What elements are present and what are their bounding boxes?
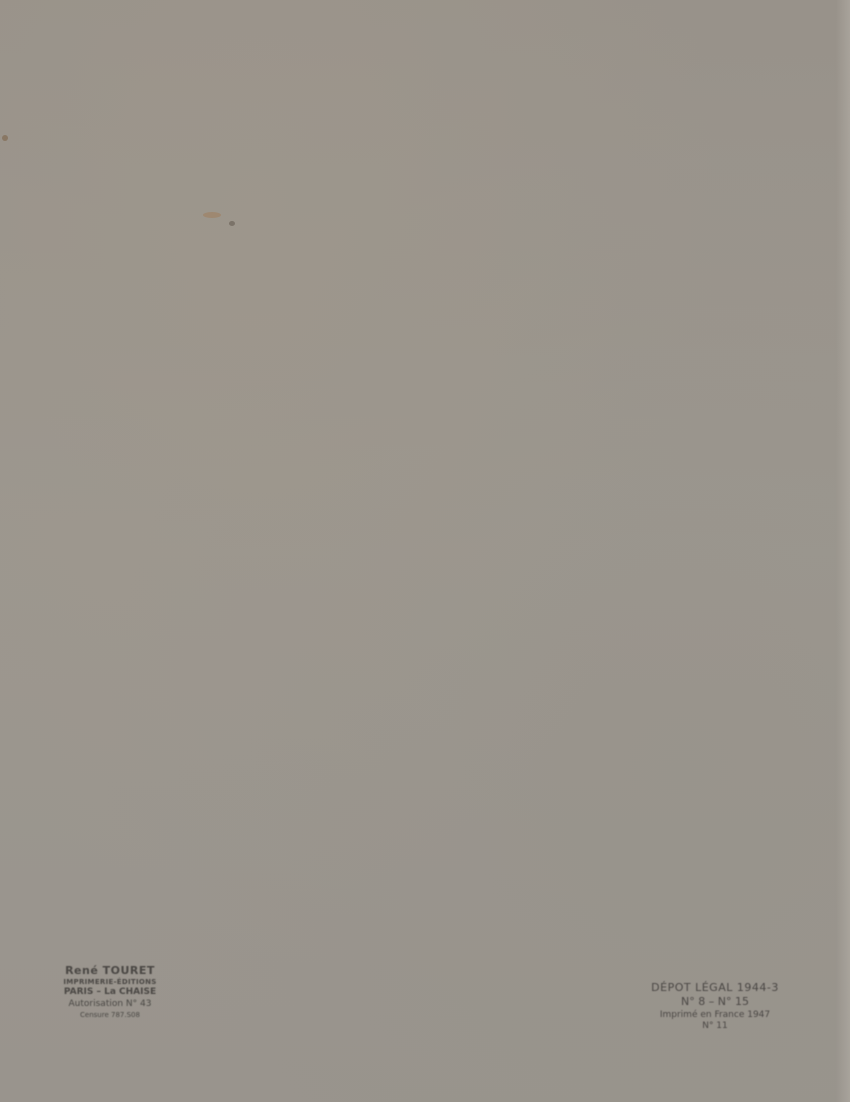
print-number: N° 11 [630, 1021, 800, 1033]
printer-name: René TOURET [40, 964, 180, 978]
legal-deposit-line: DÉPOT LÉGAL 1944-3 [630, 981, 800, 995]
printed-in-france: Imprimé en France 1947 [630, 1010, 800, 1022]
paper-edge [836, 0, 850, 1102]
printer-imprint: René TOURET IMPRIMERIE-ÉDITIONS PARIS – … [40, 964, 180, 1020]
paper-stain [229, 221, 235, 226]
printer-city: PARIS – La CHAISE [40, 987, 180, 999]
printer-subtitle: IMPRIMERIE-ÉDITIONS [40, 978, 180, 987]
printer-authorization: Autorisation N° 43 [40, 999, 180, 1011]
paper-stain [203, 212, 221, 218]
legal-deposit-block: DÉPOT LÉGAL 1944-3 N° 8 – N° 15 Imprimé … [630, 981, 800, 1033]
issue-numbers: N° 8 – N° 15 [630, 995, 800, 1009]
back-cover-page: René TOURET IMPRIMERIE-ÉDITIONS PARIS – … [0, 0, 850, 1102]
paper-stain [2, 135, 8, 141]
printer-censorship: Censure 787.S08 [40, 1011, 180, 1020]
